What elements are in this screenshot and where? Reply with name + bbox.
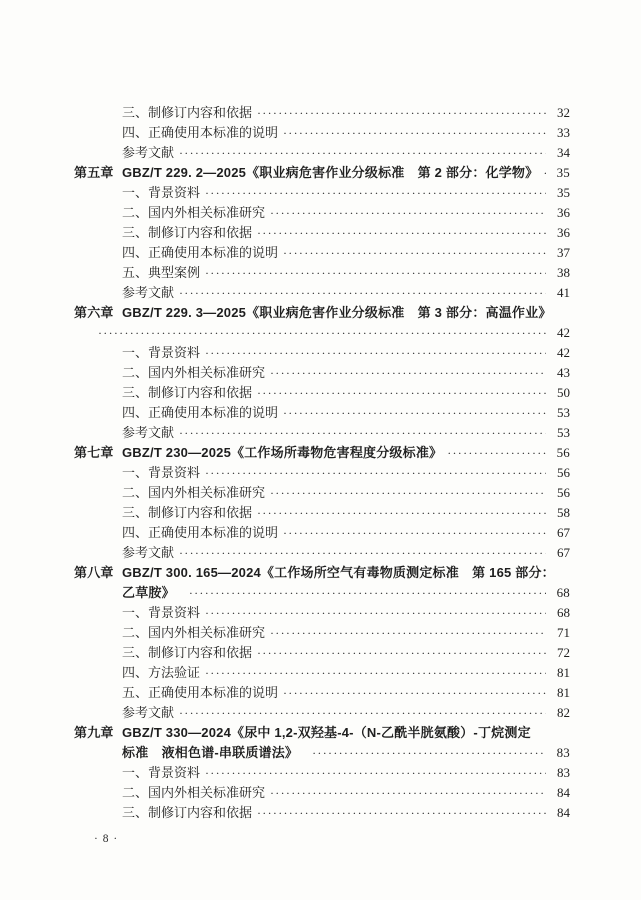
entry-page-number: 34 [550, 143, 570, 163]
book-page: 三、制修订内容和依据32四、正确使用本标准的说明33参考文献34第五章GBZ/T… [0, 0, 641, 900]
toc-entry: 一、背景资料35 [74, 183, 570, 203]
entry-page-number: 53 [550, 403, 570, 423]
toc-chapter-entry: 第九章GBZ/T 330—2024《尿中 1,2-双羟基-4-（N-乙酰半胱氨酸… [74, 723, 570, 743]
toc-chapter-entry: 第五章GBZ/T 229. 2—2025《职业病危害作业分级标准 第 2 部分：… [74, 163, 570, 183]
entry-page-number: 37 [550, 243, 570, 263]
toc-entry: 三、制修订内容和依据36 [74, 223, 570, 243]
dot-leader [447, 443, 546, 463]
toc-chapter-entry: 第七章GBZ/T 230—2025《工作场所毒物危害程度分级标准》56 [74, 443, 570, 463]
chapter-label: 第六章 [74, 303, 122, 323]
toc-entry: 一、背景资料68 [74, 603, 570, 623]
dot-leader [283, 243, 546, 263]
dot-leader [257, 643, 546, 663]
entry-page-number: 32 [550, 103, 570, 123]
dot-leader [257, 503, 546, 523]
dot-leader [205, 603, 546, 623]
toc-entry: 二、国内外相关标准研究43 [74, 363, 570, 383]
toc-list: 三、制修订内容和依据32四、正确使用本标准的说明33参考文献34第五章GBZ/T… [74, 103, 570, 823]
dot-leader [179, 143, 546, 163]
entry-label: 二、国内外相关标准研究 [122, 203, 265, 223]
entry-page-number: 83 [550, 763, 570, 783]
toc-entry: 二、国内外相关标准研究71 [74, 623, 570, 643]
entry-page-number: 68 [550, 603, 570, 623]
dot-leader [205, 763, 546, 783]
dot-leader [283, 123, 546, 143]
entry-label: 三、制修订内容和依据 [122, 383, 252, 403]
entry-page-number: 53 [550, 423, 570, 443]
dot-leader [189, 583, 546, 603]
entry-page-number: 71 [550, 623, 570, 643]
toc-entry: 三、制修订内容和依据84 [74, 803, 570, 823]
toc-chapter-entry: 第六章GBZ/T 229. 3—2025《职业病危害作业分级标准 第 3 部分：… [74, 303, 570, 323]
page-footer: · 8 · [94, 833, 118, 845]
dot-leader [205, 663, 546, 683]
toc-entry: 三、制修订内容和依据72 [74, 643, 570, 663]
entry-page-number: 50 [550, 383, 570, 403]
toc-entry: 标准 液相色谱-串联质谱法》83 [74, 743, 570, 763]
entry-label: 五、典型案例 [122, 263, 200, 283]
toc-entry: 一、背景资料56 [74, 463, 570, 483]
chapter-title-continued: 标准 液相色谱-串联质谱法》 [122, 743, 298, 763]
toc-entry: 乙草胺》68 [74, 583, 570, 603]
dot-leader [205, 343, 546, 363]
toc-entry: 五、正确使用本标准的说明81 [74, 683, 570, 703]
toc-entry: 参考文献67 [74, 543, 570, 563]
chapter-label: 第五章 [74, 163, 122, 183]
entry-label: 参考文献 [122, 423, 174, 443]
entry-page-number: 43 [550, 363, 570, 383]
toc-entry: 四、方法验证81 [74, 663, 570, 683]
entry-label: 三、制修订内容和依据 [122, 223, 252, 243]
chapter-title: GBZ/T 330—2024《尿中 1,2-双羟基-4-（N-乙酰半胱氨酸）-丁… [122, 723, 531, 743]
entry-page-number: 68 [550, 583, 570, 603]
entry-label: 二、国内外相关标准研究 [122, 623, 265, 643]
toc-chapter-entry: 第八章GBZ/T 300. 165—2024《工作场所空气有毒物质测定标准 第 … [74, 563, 570, 583]
entry-label: 二、国内外相关标准研究 [122, 483, 265, 503]
entry-page-number: 67 [550, 523, 570, 543]
entry-label: 三、制修订内容和依据 [122, 803, 252, 823]
dot-leader [270, 623, 546, 643]
entry-page-number: 83 [550, 743, 570, 763]
entry-label: 一、背景资料 [122, 763, 200, 783]
entry-label: 一、背景资料 [122, 463, 200, 483]
dot-leader [205, 463, 546, 483]
toc-entry: 参考文献53 [74, 423, 570, 443]
entry-label: 三、制修订内容和依据 [122, 103, 252, 123]
toc-entry: 参考文献41 [74, 283, 570, 303]
dot-leader [270, 203, 546, 223]
dot-leader [257, 103, 546, 123]
entry-label: 四、正确使用本标准的说明 [122, 123, 278, 143]
toc-entry: 42 [74, 323, 570, 343]
entry-page-number: 33 [550, 123, 570, 143]
toc-entry: 三、制修订内容和依据50 [74, 383, 570, 403]
entry-page-number: 56 [550, 463, 570, 483]
entry-page-number: 35 [550, 183, 570, 203]
dot-leader [283, 683, 546, 703]
chapter-title: GBZ/T 230—2025《工作场所毒物危害程度分级标准》 [122, 443, 442, 463]
entry-page-number: 84 [550, 783, 570, 803]
toc-entry: 四、正确使用本标准的说明67 [74, 523, 570, 543]
entry-page-number: 38 [550, 263, 570, 283]
entry-label: 二、国内外相关标准研究 [122, 363, 265, 383]
entry-label: 三、制修订内容和依据 [122, 503, 252, 523]
entry-page-number: 36 [550, 223, 570, 243]
dot-leader [179, 703, 546, 723]
toc-entry: 参考文献82 [74, 703, 570, 723]
entry-page-number: 35 [550, 163, 570, 183]
book-page-number: · 8 · [94, 833, 118, 845]
dot-leader [179, 423, 546, 443]
toc-entry: 三、制修订内容和依据32 [74, 103, 570, 123]
dot-leader [257, 383, 546, 403]
entry-label: 二、国内外相关标准研究 [122, 783, 265, 803]
entry-page-number: 67 [550, 543, 570, 563]
chapter-label: 第九章 [74, 723, 122, 743]
toc-entry: 二、国内外相关标准研究84 [74, 783, 570, 803]
toc-entry: 二、国内外相关标准研究56 [74, 483, 570, 503]
entry-page-number: 56 [550, 443, 570, 463]
dot-leader [283, 523, 546, 543]
toc-entry: 四、正确使用本标准的说明33 [74, 123, 570, 143]
toc-entry: 二、国内外相关标准研究36 [74, 203, 570, 223]
entry-page-number: 42 [550, 323, 570, 343]
chapter-title: GBZ/T 229. 3—2025《职业病危害作业分级标准 第 3 部分：高温作… [122, 303, 552, 323]
toc-entry: 五、典型案例38 [74, 263, 570, 283]
toc-entry: 四、正确使用本标准的说明37 [74, 243, 570, 263]
dot-leader [205, 183, 546, 203]
chapter-label: 第七章 [74, 443, 122, 463]
entry-page-number: 36 [550, 203, 570, 223]
entry-label: 参考文献 [122, 143, 174, 163]
dot-leader [179, 543, 546, 563]
toc-entry: 三、制修订内容和依据58 [74, 503, 570, 523]
dot-leader [312, 743, 546, 763]
chapter-title: GBZ/T 300. 165—2024《工作场所空气有毒物质测定标准 第 165… [122, 563, 555, 583]
entry-label: 四、正确使用本标准的说明 [122, 403, 278, 423]
entry-page-number: 56 [550, 483, 570, 503]
dot-leader [270, 483, 546, 503]
dot-leader [270, 363, 546, 383]
dot-leader [257, 223, 546, 243]
entry-page-number: 81 [550, 663, 570, 683]
dot-leader [98, 323, 546, 343]
toc-entry: 一、背景资料42 [74, 343, 570, 363]
chapter-label: 第八章 [74, 563, 122, 583]
dot-leader [205, 263, 546, 283]
entry-label: 三、制修订内容和依据 [122, 643, 252, 663]
entry-label: 四、正确使用本标准的说明 [122, 523, 278, 543]
toc-entry: 参考文献34 [74, 143, 570, 163]
entry-label: 参考文献 [122, 703, 174, 723]
dot-leader [270, 783, 546, 803]
chapter-title-continued: 乙草胺》 [122, 583, 175, 603]
dot-leader [543, 163, 546, 183]
toc-entry: 四、正确使用本标准的说明53 [74, 403, 570, 423]
dot-leader [179, 283, 546, 303]
entry-page-number: 72 [550, 643, 570, 663]
entry-label: 五、正确使用本标准的说明 [122, 683, 278, 703]
dot-leader [283, 403, 546, 423]
entry-page-number: 42 [550, 343, 570, 363]
entry-page-number: 81 [550, 683, 570, 703]
chapter-title: GBZ/T 229. 2—2025《职业病危害作业分级标准 第 2 部分：化学物… [122, 163, 538, 183]
entry-page-number: 84 [550, 803, 570, 823]
entry-label: 一、背景资料 [122, 183, 200, 203]
entry-label: 参考文献 [122, 543, 174, 563]
entry-page-number: 82 [550, 703, 570, 723]
entry-label: 四、正确使用本标准的说明 [122, 243, 278, 263]
entry-label: 四、方法验证 [122, 663, 200, 683]
entry-label: 一、背景资料 [122, 343, 200, 363]
dot-leader [257, 803, 546, 823]
entry-page-number: 41 [550, 283, 570, 303]
entry-page-number: 58 [550, 503, 570, 523]
entry-label: 一、背景资料 [122, 603, 200, 623]
entry-label: 参考文献 [122, 283, 174, 303]
toc-entry: 一、背景资料83 [74, 763, 570, 783]
